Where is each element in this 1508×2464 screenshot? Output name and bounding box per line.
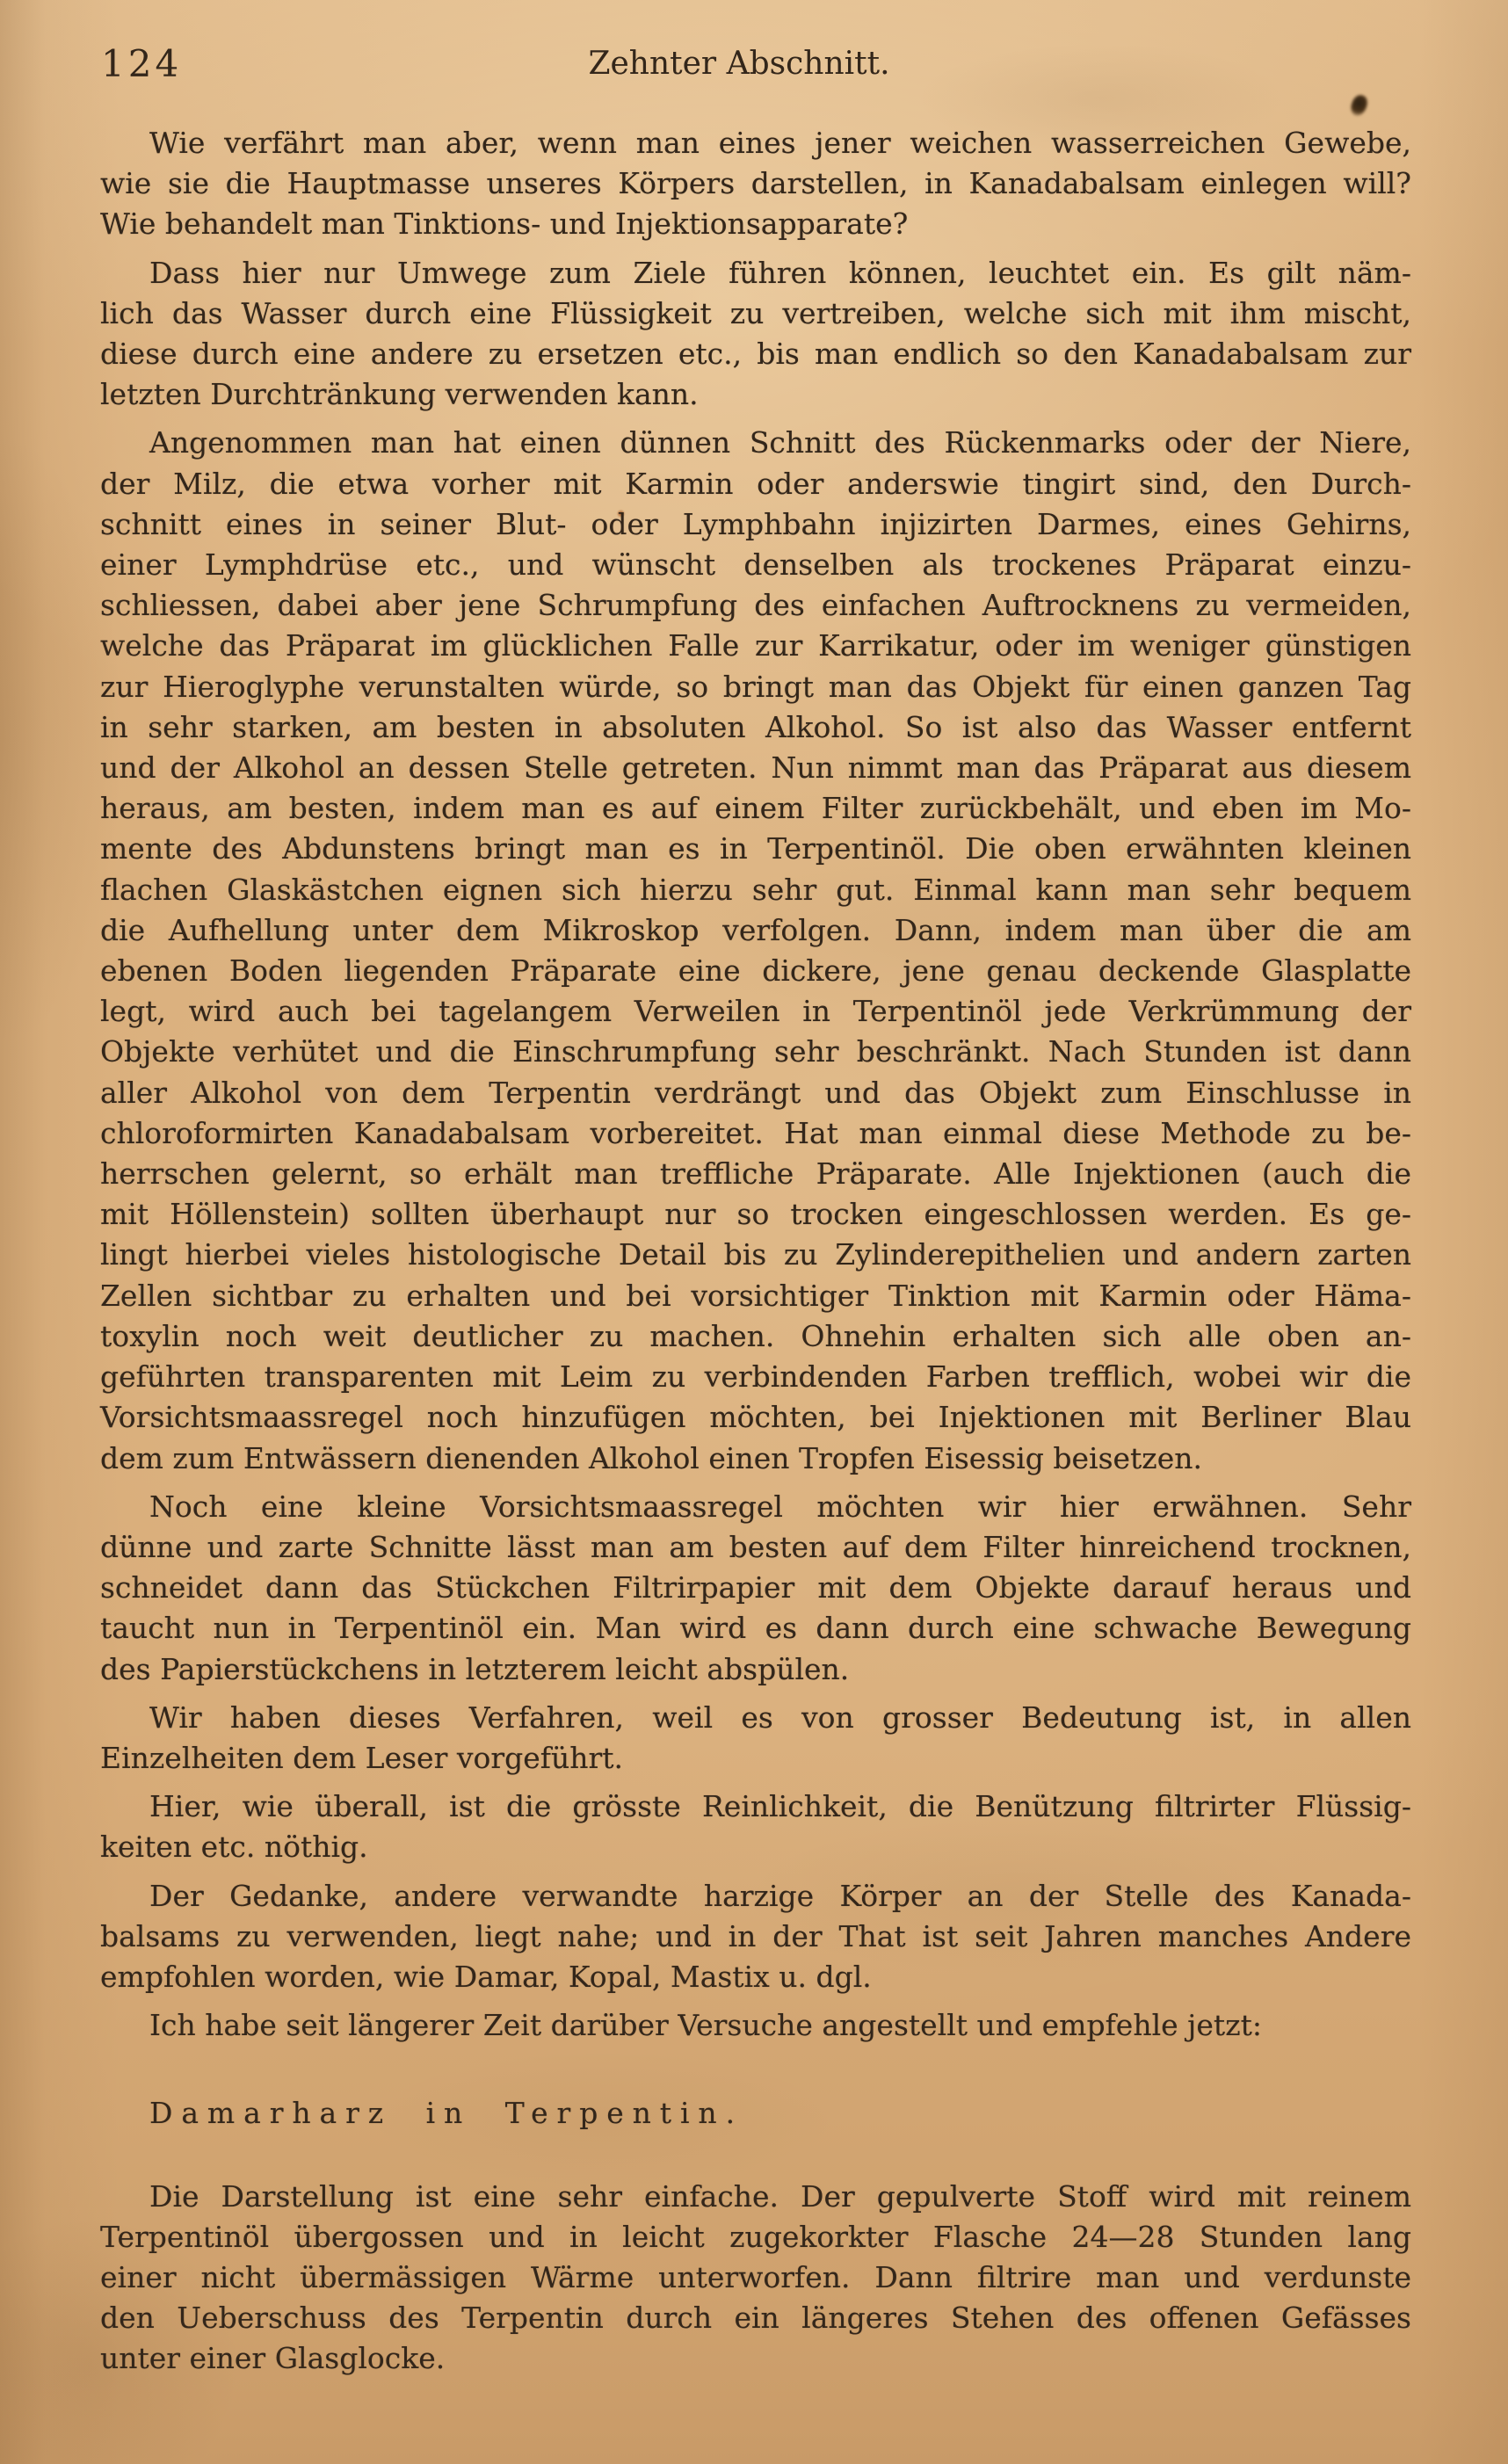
text-line: einer Lymphdrüse etc., und wünscht dense… <box>100 545 1411 585</box>
paragraph: Angenommen man hat einen dünnen Schnitt … <box>100 423 1411 1478</box>
paragraph: Noch eine kleine Vorsichtsmaassregel möc… <box>100 1487 1411 1690</box>
text-line: lingt hierbei vieles histologische Detai… <box>100 1235 1411 1275</box>
text-line: welche das Präparat im glücklichen Falle… <box>100 626 1411 666</box>
text-line: Terpentinöl übergossen und in leicht zug… <box>100 2217 1411 2257</box>
text-line: keiten etc. nöthig. <box>100 1827 1411 1867</box>
text-line: schnitt eines in seiner Blut- oder Lymph… <box>100 504 1411 545</box>
text-line: flachen Glaskästchen eignen sich hierzu … <box>100 870 1411 910</box>
text-line: Objekte verhütet und die Einschrumpfung … <box>100 1032 1411 1072</box>
text-line: toxylin noch weit deutlicher zu machen. … <box>100 1316 1411 1357</box>
text-line: taucht nun in Terpentinöl ein. Man wird … <box>100 1608 1411 1649</box>
text-line: Ich habe seit längerer Zeit darüber Vers… <box>100 2005 1411 2046</box>
text-line: Die Darstellung ist eine sehr einfache. … <box>100 2177 1411 2217</box>
text-block: Wie verfährt man aber, wenn man eines je… <box>100 123 1411 2380</box>
text-line: in sehr starken, am besten in absoluten … <box>100 707 1411 748</box>
text-line: Hier, wie überall, ist die grösste Reinl… <box>100 1786 1411 1827</box>
paragraph: Wie verfährt man aber, wenn man eines je… <box>100 123 1411 245</box>
running-head: 124 Zehnter Abschnitt. <box>101 42 1412 88</box>
text-line: unter einer Glasglocke. <box>100 2338 1411 2379</box>
text-line: dünne und zarte Schnitte lässt man am be… <box>100 1527 1411 1568</box>
text-line: des Papierstückchens in letzterem leicht… <box>100 1649 1411 1690</box>
text-line: wie sie die Hauptmasse unseres Körpers d… <box>100 163 1411 204</box>
text-line: und der Alkohol an dessen Stelle getrete… <box>100 748 1411 788</box>
text-line: herrschen gelernt, so erhält man treffli… <box>100 1154 1411 1194</box>
text-line: Wie verfährt man aber, wenn man eines je… <box>100 123 1411 163</box>
text-line: Wir haben dieses Verfahren, weil es von … <box>100 1698 1411 1738</box>
text-line: chloroformirten Kanadabalsam vorbereitet… <box>100 1113 1411 1154</box>
book-page: 124 Zehnter Abschnitt. Wie verfährt man … <box>0 0 1508 2464</box>
paragraph: Hier, wie überall, ist die grösste Reinl… <box>100 1786 1411 1867</box>
paragraph: Ich habe seit längerer Zeit darüber Vers… <box>100 2005 1411 2046</box>
text-line: empfohlen worden, wie Damar, Kopal, Mast… <box>100 1957 1411 1997</box>
paragraph: Wir haben dieses Verfahren, weil es von … <box>100 1698 1411 1779</box>
text-line: mit Höllenstein) sollten überhaupt nur s… <box>100 1194 1411 1235</box>
text-line: Damarharz in Terpentin. <box>100 2093 1411 2134</box>
section-heading: Damarharz in Terpentin. <box>100 2093 1411 2134</box>
text-line: Angenommen man hat einen dünnen Schnitt … <box>100 423 1411 463</box>
text-line: Zellen sichtbar zu erhalten und bei vors… <box>100 1276 1411 1316</box>
text-line: schliessen, dabei aber jene Schrumpfung … <box>100 585 1411 626</box>
text-line: Der Gedanke, andere verwandte harzige Kö… <box>100 1876 1411 1917</box>
text-line: Wie behandelt man Tinktions- und Injekti… <box>100 204 1411 244</box>
text-line: Einzelheiten dem Leser vorgeführt. <box>100 1738 1411 1779</box>
text-line: aller Alkohol von dem Terpentin verdräng… <box>100 1073 1411 1113</box>
text-line: zur Hieroglyphe verunstalten würde, so b… <box>100 667 1411 707</box>
text-line: der Milz, die etwa vorher mit Karmin ode… <box>100 464 1411 504</box>
text-line: legt, wird auch bei tagelangem Verweilen… <box>100 991 1411 1032</box>
paragraph: Der Gedanke, andere verwandte harzige Kö… <box>100 1876 1411 1998</box>
paragraph: Dass hier nur Umwege zum Ziele führen kö… <box>100 253 1411 416</box>
ink-spot <box>1349 93 1370 118</box>
text-line: Noch eine kleine Vorsichtsmaassregel möc… <box>100 1487 1411 1527</box>
text-line: ebenen Boden liegenden Präparate eine di… <box>100 951 1411 991</box>
text-line: einer nicht übermässigen Wärme unterworf… <box>100 2257 1411 2298</box>
text-line: schneidet dann das Stückchen Filtrirpapi… <box>100 1568 1411 1608</box>
text-line: lich das Wasser durch eine Flüssigkeit z… <box>100 294 1411 334</box>
text-line: balsams zu verwenden, liegt nahe; und in… <box>100 1917 1411 1957</box>
text-line: diese durch eine andere zu ersetzen etc.… <box>100 334 1411 374</box>
text-line: den Ueberschuss des Terpentin durch ein … <box>100 2298 1411 2338</box>
running-header-title: Zehnter Abschnitt. <box>101 46 1377 82</box>
text-line: mente des Abdunstens bringt man es in Te… <box>100 829 1411 869</box>
text-line: geführten transparenten mit Leim zu verb… <box>100 1357 1411 1397</box>
paragraph: Die Darstellung ist eine sehr einfache. … <box>100 2177 1411 2380</box>
text-line: Vorsichtsmaassregel noch hinzufügen möch… <box>100 1397 1411 1438</box>
text-line: heraus, am besten, indem man es auf eine… <box>100 788 1411 829</box>
text-line: letzten Durchtränkung verwenden kann. <box>100 374 1411 415</box>
text-line: Dass hier nur Umwege zum Ziele führen kö… <box>100 253 1411 294</box>
text-line: die Aufhellung unter dem Mikroskop verfo… <box>100 910 1411 951</box>
text-line: dem zum Entwässern dienenden Alkohol ein… <box>100 1439 1411 1479</box>
